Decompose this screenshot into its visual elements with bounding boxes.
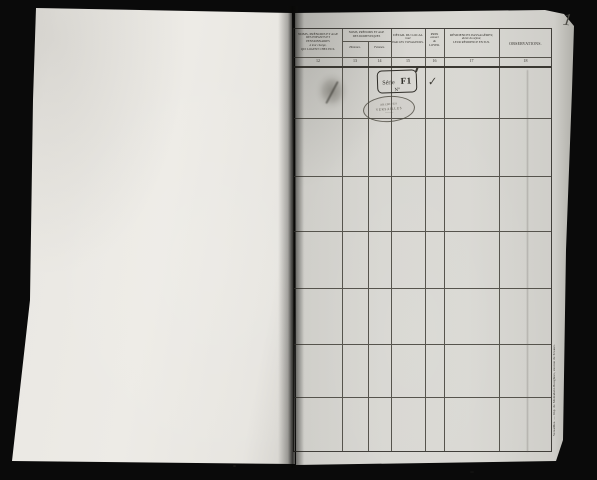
row-rule bbox=[294, 118, 551, 119]
series-stamp-word: Série bbox=[382, 80, 395, 86]
header-text: PAR LES VOYAGEURS. bbox=[391, 41, 425, 45]
series-stamp-line1: Série F1 bbox=[382, 70, 412, 89]
header-text: LEUR RÉSIDENCE EN SUS. bbox=[444, 41, 499, 45]
column-number: 18 bbox=[499, 58, 552, 66]
header-col3: DÉTAIL DU LOCAL loué PAR LES VOYAGEURS. bbox=[391, 33, 425, 45]
header-col6: OBSERVATIONS. bbox=[499, 41, 552, 46]
header-col2-sub-femmes: Femmes. bbox=[368, 46, 391, 50]
column-number: 14 bbox=[368, 58, 391, 66]
header-bottom-rule bbox=[294, 66, 551, 68]
series-stamp-code: F1 bbox=[400, 75, 411, 85]
column-rule bbox=[499, 29, 500, 451]
printer-imprint-vertical: Versailles. — Imp. de Montalant-Bougleux… bbox=[552, 328, 556, 436]
column-number: 12 bbox=[294, 58, 342, 66]
header-col2: NOMS, PRÉNOMS ET AGE DES DOMESTIQUES bbox=[342, 31, 391, 39]
header-text: DES DOMESTIQUES bbox=[342, 35, 391, 39]
row-rule bbox=[294, 231, 551, 232]
column-number: 15 bbox=[391, 58, 425, 66]
row-rule bbox=[294, 176, 551, 177]
column-number: 13 bbox=[342, 58, 368, 66]
header-col4: PRIX annuel du LOYER. bbox=[425, 32, 444, 48]
column-number: 17 bbox=[444, 58, 499, 66]
header-text: QUI LOGENT CHEZ EUX. bbox=[295, 48, 341, 52]
subheader-divider bbox=[342, 41, 391, 42]
series-stamp-number-label: N° bbox=[394, 87, 400, 92]
header-col1: NOMS, PRÉNOMS ET AGE DES ENFANTS ET PENS… bbox=[295, 32, 341, 52]
handwritten-checkmark: ✓ bbox=[428, 74, 438, 88]
row-rule bbox=[294, 397, 551, 398]
oval-stamp-bottom-text: ——— bbox=[385, 111, 394, 115]
blank-left-page bbox=[0, 0, 300, 480]
header-text: LOYER. bbox=[425, 44, 444, 48]
header-col2-sub-hommes: Hommes. bbox=[342, 46, 368, 50]
paper-speck bbox=[233, 465, 236, 467]
row-rule bbox=[294, 288, 551, 289]
paper-speck bbox=[470, 471, 474, 473]
header-col5: RÉSIDENCES PASSAGÈRES; durée du séjour, … bbox=[444, 33, 499, 45]
column-rule bbox=[425, 29, 426, 451]
series-f1-stamp: Série F1 N° bbox=[377, 69, 418, 93]
column-rule bbox=[444, 29, 445, 451]
row-rule bbox=[294, 344, 551, 345]
scanned-register-spread: NOMS, PRÉNOMS ET AGE DES ENFANTS ET PENS… bbox=[0, 0, 597, 480]
paper-crease bbox=[527, 70, 528, 452]
column-number: 16 bbox=[425, 58, 444, 66]
